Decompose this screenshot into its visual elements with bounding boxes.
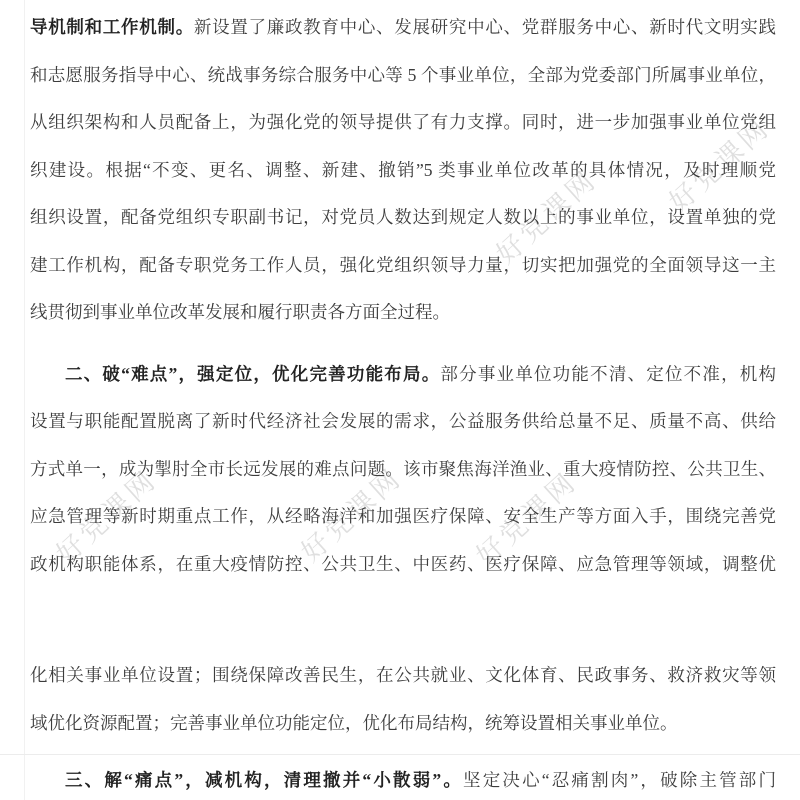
bold-lead-text: 三、解“痛点”，减机构，清理撤并“小散弱”。 <box>65 770 463 790</box>
paragraph-1: 导机制和工作机制。新设置了廉政教育中心、发展研究中心、党群服务中心、新时代文明实… <box>30 4 776 337</box>
text-line: 建工作机构，配备专职党务工作人员，强化党组织领导力量，切实把加强党的全面领导这一… <box>30 242 776 290</box>
bold-lead-text: 导机制和工作机制。 <box>30 17 194 37</box>
text-line: 组织设置，配备党组织专职副书记，对党员人数达到规定人数以上的事业单位，设置单独的… <box>30 194 776 242</box>
text-line: 和志愿服务指导中心、统战事务综合服务中心等 5 个事业单位，全部为党委部门所属事… <box>30 52 776 100</box>
text-line: 三、解“痛点”，减机构，清理撤并“小散弱”。坚定决心“忍痛割肉”，破除主管部门 <box>30 757 776 800</box>
text-line: 政机构职能体系，在重大疫情防控、公共卫生、中医药、医疗保障、应急管理等领域，调整… <box>30 541 776 589</box>
text-line: 方式单一，成为掣肘全市长远发展的难点问题。该市聚焦海洋渔业、重大疫情防控、公共卫… <box>30 446 776 494</box>
bold-lead-text: 二、破“难点”，强定位，优化完善功能布局。 <box>65 364 440 384</box>
text-line: 织建设。根据“不变、更名、调整、新建、撤销”5 类事业单位改革的具体情况，及时理… <box>30 147 776 195</box>
text-line: 应急管理等新时期重点工作，从经略海洋和加强医疗保障、安全生产等方面入手，围绕完善… <box>30 493 776 541</box>
paragraph-2: 二、破“难点”，强定位，优化完善功能布局。部分事业单位功能不清、定位不准，机构设… <box>30 351 776 589</box>
page-border-line <box>24 0 25 800</box>
text-line: 二、破“难点”，强定位，优化完善功能布局。部分事业单位功能不清、定位不准，机构 <box>30 351 776 399</box>
paragraph-2-continued: 化相关事业单位设置；围绕保障改善民生，在公共就业、文化体育、民政事务、救济救灾等… <box>30 652 776 747</box>
text-line: 从组织架构和人员配备上，为强化党的领导提供了有力支撑。同时，进一步加强事业单位党… <box>30 99 776 147</box>
text-line: 设置与职能配置脱离了新时代经济社会发展的需求，公益服务供给总量不足、质量不高、供… <box>30 398 776 446</box>
text-line: 导机制和工作机制。新设置了廉政教育中心、发展研究中心、党群服务中心、新时代文明实… <box>30 4 776 52</box>
text-line: 线贯彻到事业单位改革发展和履行职责各方面全过程。 <box>30 289 776 337</box>
text-line: 化相关事业单位设置；围绕保障改善民生，在公共就业、文化体育、民政事务、救济救灾等… <box>30 652 776 700</box>
document-page: 好党课网 好党课网 好党课网 好党课网 好党课网 导机制和工作机制。新设置了廉政… <box>0 0 800 800</box>
text-line: 域优化资源配置；完善事业单位功能定位，优化布局结构，统筹设置相关事业单位。 <box>30 700 776 748</box>
document-text: 导机制和工作机制。新设置了廉政教育中心、发展研究中心、党群服务中心、新时代文明实… <box>30 4 776 800</box>
paragraph-3: 三、解“痛点”，减机构，清理撤并“小散弱”。坚定决心“忍痛割肉”，破除主管部门 <box>30 757 776 800</box>
